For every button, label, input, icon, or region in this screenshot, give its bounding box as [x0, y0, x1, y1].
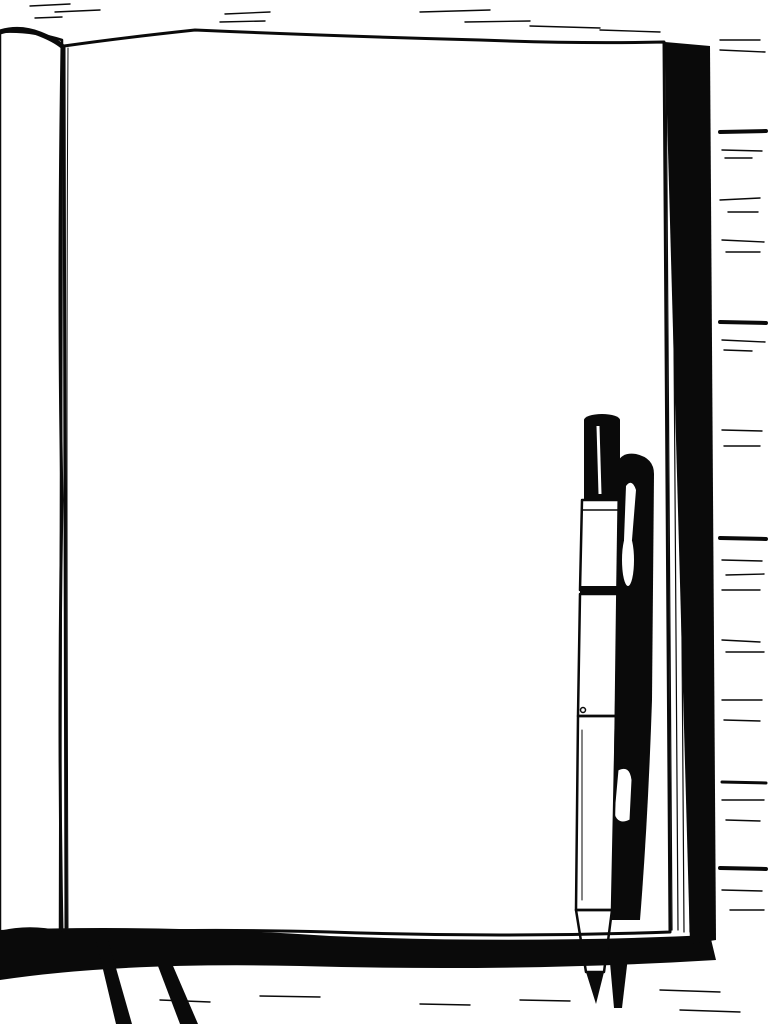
notebook-illustration [0, 0, 768, 1024]
notebook-spine [60, 46, 62, 930]
